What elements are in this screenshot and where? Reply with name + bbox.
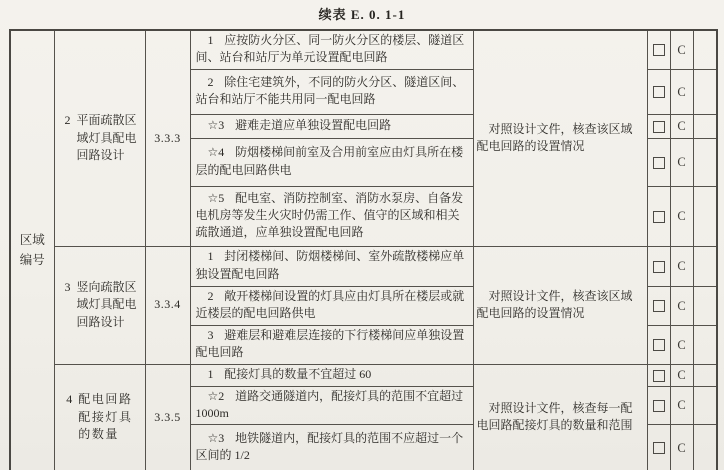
section-number: 3 bbox=[63, 279, 71, 331]
item-number: 2 bbox=[208, 75, 214, 89]
region-header-line1: 区域 bbox=[11, 230, 54, 250]
section-title: 3 竖向疏散区域灯具配电回路设计 bbox=[54, 246, 145, 364]
result-cell: C bbox=[670, 69, 693, 114]
method-cell: 对照设计文件，核查每一配电回路配接灯具的数量和范围 bbox=[473, 364, 647, 470]
method-text: 对照设计文件，核查该区域配电回路的设置情况 bbox=[474, 120, 647, 157]
result-cell: C bbox=[670, 425, 693, 470]
checkbox-cell bbox=[647, 246, 670, 286]
checkbox-icon[interactable] bbox=[653, 442, 665, 454]
item-row: 3 竖向疏散区域灯具配电回路设计 3.3.4 1封闭楼梯间、防烟楼梯间、室外疏散… bbox=[10, 246, 717, 286]
item-cell: 1配接灯具的数量不宜超过 60 bbox=[190, 364, 473, 386]
item-number: ☆3 bbox=[208, 431, 225, 445]
item-text: 地铁隧道内，配接灯具的范围不应超过一个区间的 1/2 bbox=[196, 431, 464, 462]
checkbox-cell bbox=[647, 364, 670, 386]
result-cell: C bbox=[670, 286, 693, 325]
empty-cell bbox=[693, 325, 717, 364]
item-row: 区域 编号 2 平面疏散区域灯具配电回路设计 3.3.3 1应按防火分区、同一防… bbox=[10, 30, 717, 69]
item-text: 配电室、消防控制室、消防水泵房、自备发电机房等发生火灾时仍需工作、值守的区域和相… bbox=[196, 191, 464, 240]
item-number: 2 bbox=[208, 289, 214, 303]
checkbox-icon[interactable] bbox=[653, 261, 665, 273]
item-text: 道路交通隧道内，配接灯具的范围不宜超过1000m bbox=[196, 389, 464, 420]
empty-cell bbox=[693, 30, 717, 69]
checkbox-icon[interactable] bbox=[653, 400, 665, 412]
checkbox-icon[interactable] bbox=[653, 339, 665, 351]
checkbox-cell bbox=[647, 138, 670, 186]
item-cell: 1封闭楼梯间、防烟楼梯间、室外疏散楼梯应单独设置配电回路 bbox=[190, 246, 473, 286]
item-number: 3 bbox=[208, 328, 214, 342]
checkbox-cell bbox=[647, 325, 670, 364]
checkbox-cell bbox=[647, 425, 670, 470]
item-number: 1 bbox=[208, 367, 214, 381]
item-text: 除住宅建筑外，不同的防火分区、隧道区间、站台和站厅不能共用同一配电回路 bbox=[196, 75, 465, 106]
result-cell: C bbox=[670, 246, 693, 286]
checkbox-cell bbox=[647, 114, 670, 138]
empty-cell bbox=[693, 425, 717, 470]
item-text: 避难走道应单独设置配电回路 bbox=[235, 118, 391, 132]
item-number: ☆2 bbox=[208, 389, 225, 403]
empty-cell bbox=[693, 364, 717, 386]
result-cell: C bbox=[670, 114, 693, 138]
section-title: 2 平面疏散区域灯具配电回路设计 bbox=[54, 30, 145, 246]
item-number: ☆4 bbox=[208, 145, 225, 159]
checkbox-cell bbox=[647, 386, 670, 425]
result-cell: C bbox=[670, 386, 693, 425]
empty-cell bbox=[693, 138, 717, 186]
item-cell: 3避难层和避难层连接的下行楼梯间应单独设置配电回路 bbox=[190, 325, 473, 364]
item-number: ☆5 bbox=[208, 191, 225, 205]
scanned-page: 续表 E. 0. 1-1 区域 编号 2 平面疏散区域灯具配电回路设计 bbox=[0, 0, 724, 470]
checkbox-icon[interactable] bbox=[653, 86, 665, 98]
checkbox-cell bbox=[647, 30, 670, 69]
empty-cell bbox=[693, 114, 717, 138]
item-text: 应按防火分区、同一防火分区的楼层、隧道区间、站台和站厅为单元设置配电回路 bbox=[196, 33, 465, 64]
empty-cell bbox=[693, 186, 717, 246]
item-cell: ☆3避难走道应单独设置配电回路 bbox=[190, 114, 473, 138]
item-cell: 2敞开楼梯间设置的灯具应由灯具所在楼层或就近楼层的配电回路供电 bbox=[190, 286, 473, 325]
item-text: 敞开楼梯间设置的灯具应由灯具所在楼层或就近楼层的配电回路供电 bbox=[196, 289, 465, 320]
section-code: 3.3.4 bbox=[145, 246, 190, 364]
item-row: 4 配电回路配接灯具的数量 3.3.5 1配接灯具的数量不宜超过 60 对照设计… bbox=[10, 364, 717, 386]
checklist-table: 区域 编号 2 平面疏散区域灯具配电回路设计 3.3.3 1应按防火分区、同一防… bbox=[9, 29, 718, 470]
result-cell: C bbox=[670, 186, 693, 246]
empty-cell bbox=[693, 69, 717, 114]
section-number: 4 bbox=[64, 391, 72, 443]
section-name: 竖向疏散区域灯具配电回路设计 bbox=[77, 279, 137, 331]
item-text: 避难层和避难层连接的下行楼梯间应单独设置配电回路 bbox=[196, 328, 465, 359]
checkbox-icon[interactable] bbox=[653, 157, 665, 169]
section-code: 3.3.5 bbox=[145, 364, 190, 470]
section-title: 4 配电回路配接灯具的数量 bbox=[54, 364, 145, 470]
table-title: 续表 E. 0. 1-1 bbox=[0, 4, 724, 23]
item-text: 防烟楼梯间前室及合用前室应由灯具所在楼层的配电回路供电 bbox=[196, 145, 464, 176]
item-cell: ☆5配电室、消防控制室、消防水泵房、自备发电机房等发生火灾时仍需工作、值守的区域… bbox=[190, 186, 473, 246]
region-header-line2: 编号 bbox=[11, 250, 54, 270]
result-cell: C bbox=[670, 325, 693, 364]
item-text: 封闭楼梯间、防烟楼梯间、室外疏散楼梯应单独设置配电回路 bbox=[196, 249, 465, 280]
checkbox-icon[interactable] bbox=[653, 211, 665, 223]
item-cell: ☆3地铁隧道内，配接灯具的范围不应超过一个区间的 1/2 bbox=[190, 425, 473, 470]
item-number: 1 bbox=[208, 33, 214, 47]
empty-cell bbox=[693, 386, 717, 425]
checkbox-cell bbox=[647, 286, 670, 325]
empty-cell bbox=[693, 246, 717, 286]
item-cell: ☆2道路交通隧道内，配接灯具的范围不宜超过1000m bbox=[190, 386, 473, 425]
checkbox-icon[interactable] bbox=[653, 44, 665, 56]
section-number: 2 bbox=[63, 112, 71, 164]
checkbox-icon[interactable] bbox=[653, 121, 665, 133]
method-text: 对照设计文件，核查该区域配电回路的设置情况 bbox=[474, 287, 647, 324]
item-cell: ☆4防烟楼梯间前室及合用前室应由灯具所在楼层的配电回路供电 bbox=[190, 138, 473, 186]
checkbox-cell bbox=[647, 186, 670, 246]
result-cell: C bbox=[670, 364, 693, 386]
checkbox-cell bbox=[647, 69, 670, 114]
section-name: 配电回路配接灯具的数量 bbox=[78, 391, 134, 443]
method-cell: 对照设计文件，核查该区域配电回路的设置情况 bbox=[473, 246, 647, 364]
section-code: 3.3.3 bbox=[145, 30, 190, 246]
item-number: ☆3 bbox=[208, 118, 225, 132]
result-cell: C bbox=[670, 138, 693, 186]
method-cell: 对照设计文件，核查该区域配电回路的设置情况 bbox=[473, 30, 647, 246]
section-name: 平面疏散区域灯具配电回路设计 bbox=[77, 112, 137, 164]
region-header: 区域 编号 bbox=[10, 30, 54, 470]
empty-cell bbox=[693, 286, 717, 325]
method-text: 对照设计文件，核查每一配电回路配接灯具的数量和范围 bbox=[474, 399, 647, 436]
item-cell: 1应按防火分区、同一防火分区的楼层、隧道区间、站台和站厅为单元设置配电回路 bbox=[190, 30, 473, 69]
checkbox-icon[interactable] bbox=[653, 370, 665, 382]
result-cell: C bbox=[670, 30, 693, 69]
checkbox-icon[interactable] bbox=[653, 300, 665, 312]
item-text: 配接灯具的数量不宜超过 60 bbox=[224, 367, 371, 381]
item-number: 1 bbox=[208, 249, 214, 263]
item-cell: 2除住宅建筑外，不同的防火分区、隧道区间、站台和站厅不能共用同一配电回路 bbox=[190, 69, 473, 114]
